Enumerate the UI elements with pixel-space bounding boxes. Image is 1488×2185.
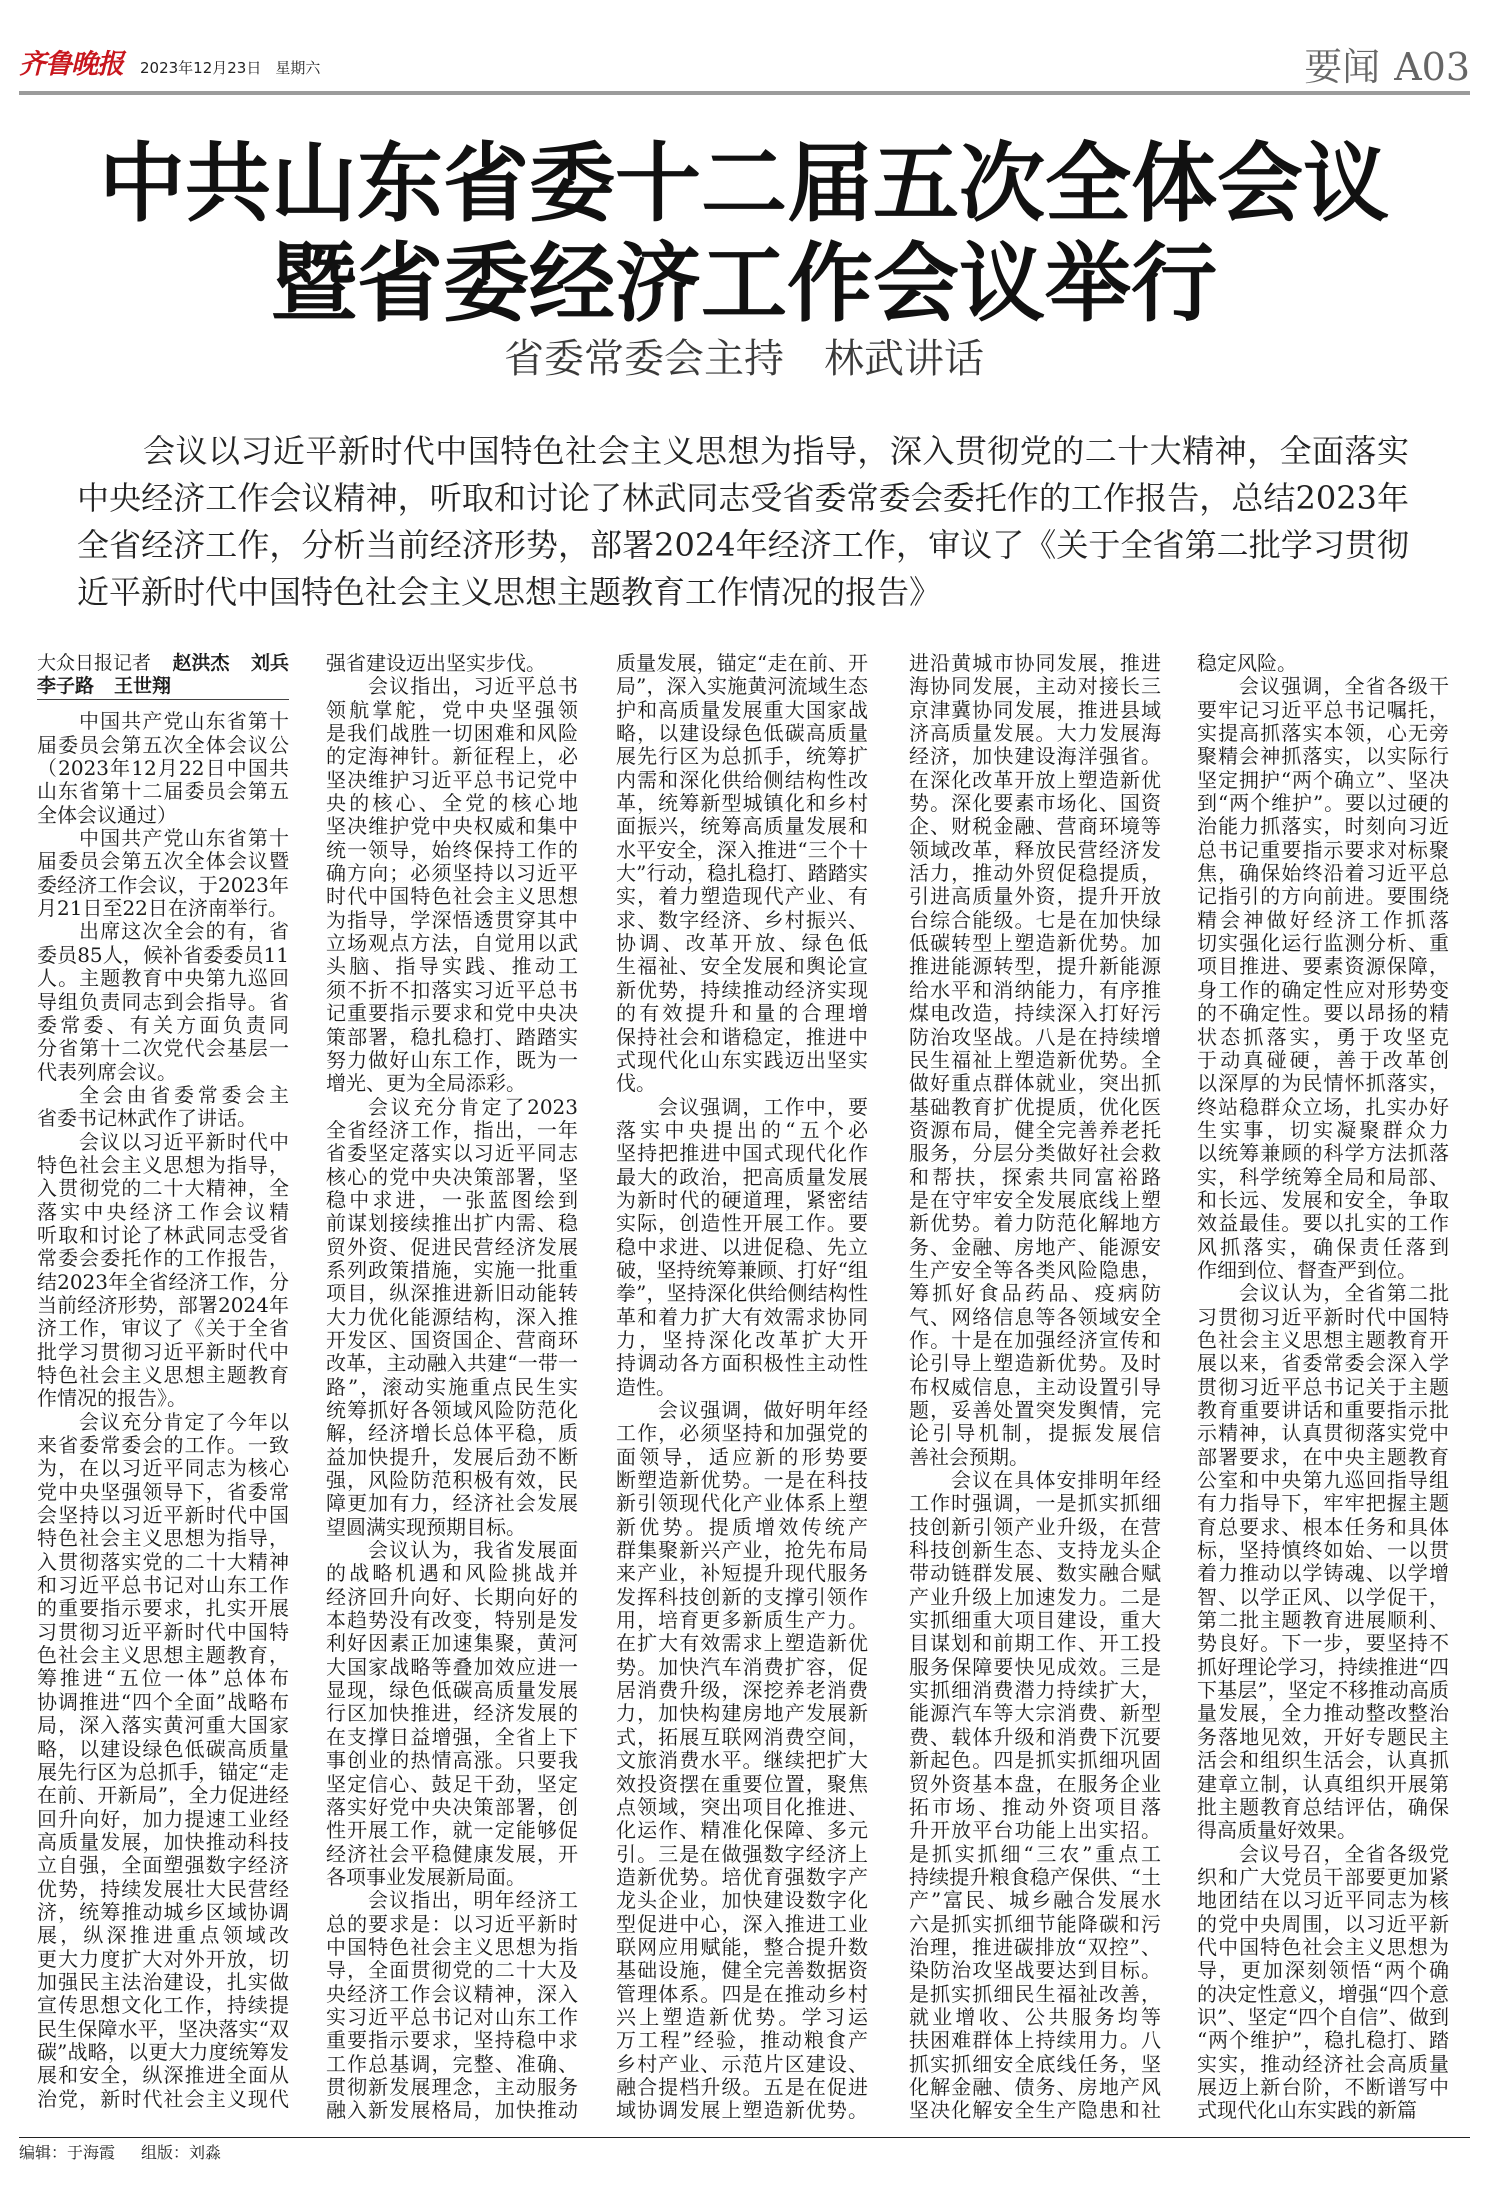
text-line: 筹抓好食品药品、疫病防控、燃 xyxy=(909,1282,1161,1305)
byline-rule xyxy=(37,699,289,700)
text-line: 特色社会主义思想为指导，深 xyxy=(37,1154,289,1177)
text-line: 强省建设迈出坚实步伐。 xyxy=(326,652,578,675)
text-line: 济高质量发展。大力发展海洋 xyxy=(909,722,1161,745)
text-line: 式现代化山东实践迈出坚实步 xyxy=(616,1049,868,1072)
text-line: 坚决维护党中央权威和集中 xyxy=(326,815,578,838)
text-line: 总书记重要指示要求对标聚 xyxy=(1197,839,1449,862)
text-line: 型促进中心，深入推进工业互 xyxy=(616,1913,868,1936)
text-line: 央的核心、全党的核心地位， xyxy=(326,792,578,815)
text-line: 央经济工作会议精神，深入落 xyxy=(326,1983,578,2006)
text-line: 求、数字经济、乡村振兴、区域 xyxy=(616,909,868,932)
subheadline: 省委常委会主持 林武讲话 xyxy=(0,335,1488,383)
text-line: 项目，纵深推进新旧动能转换， xyxy=(326,1282,578,1305)
masthead-rule xyxy=(19,91,1470,95)
text-line: 的重要指示要求，扎实开展学 xyxy=(37,1597,289,1620)
text-line: 经济社会平稳健康发展，开创 xyxy=(326,1843,578,1866)
layout-name: 刘淼 xyxy=(189,2143,221,2162)
text-line: 全省经济工作，分析当前经济形势，部署2024年经济工作，审议了《关于全省第二批学… xyxy=(77,522,1409,569)
text-line: 立自强，全面塑强数字经济新 xyxy=(37,1854,289,1877)
text-line: 局”，深入实施黄河流域生态保 xyxy=(616,675,868,698)
text-line: 色社会主义思想主题教育开 xyxy=(1197,1329,1449,1352)
text-line: 展和安全，纵深推进全面从严 xyxy=(37,2064,289,2087)
text-line: 在前、开新局”，全力促进经济 xyxy=(37,1784,289,1807)
text-line: 活力，推动外贸促稳提质，积极 xyxy=(909,862,1161,885)
text-line: 全省经济工作，指出，一年来， xyxy=(326,1119,578,1142)
text-line: 略，以建设绿色低碳高质量发 xyxy=(37,1738,289,1761)
text-line: 会议强调，全省各级干部 xyxy=(1197,675,1449,698)
text-line: 习贯彻习近平新时代中国特 xyxy=(1197,1306,1449,1329)
reporter-name: 李子路 xyxy=(37,675,94,697)
text-line: 织和广大党员干部要更加紧密 xyxy=(1197,1866,1449,1889)
text-line: 协调推进“四个全面”战略布 xyxy=(37,1691,289,1714)
text-line: 论引导上塑造新优势。及时发 xyxy=(909,1352,1161,1375)
text-line: 力，坚持深化改革扩大开放，坚 xyxy=(616,1329,868,1352)
text-line: 是在守牢安全发展底线上塑造 xyxy=(909,1189,1161,1212)
weekday-text: 星期六 xyxy=(275,59,320,77)
text-line: 费、载体升级和消费下沉要有 xyxy=(909,1726,1161,1749)
text-line: 坚决维护习近平总书记党中 xyxy=(326,769,578,792)
text-line: 路”，滚动实施重点民生实事， xyxy=(326,1376,578,1399)
text-line: 居消费升级，深挖养老消费潜 xyxy=(616,1679,868,1702)
text-line: 基础设施，健全完善数据资源 xyxy=(616,1959,868,1982)
text-line: 会议以习近平新时代中国特色社会主义思想为指导，深入贯彻党的二十大精神，全面落实 xyxy=(77,428,1409,475)
text-line: 障更加有力，经济社会发展有 xyxy=(326,1492,578,1515)
newspaper-page: 齐鲁晚报 2023年12月23日星期六 要闻A03 中共山东省委十二届五次全体会… xyxy=(0,0,1488,2185)
text-line: 推进能源转型，提升新能源供 xyxy=(909,955,1161,978)
text-line: 中国共产党山东省第十二 xyxy=(37,710,289,733)
text-line: 工作总基调，完整、准确、全面 xyxy=(326,2053,578,2076)
text-line: 式，拓展互联网消费空间，提升 xyxy=(616,1726,868,1749)
text-line: 革，统筹新型城镇化和乡村全 xyxy=(616,792,868,815)
lede-paragraph: 会议以习近平新时代中国特色社会主义思想为指导，深入贯彻党的二十大精神，全面落实中… xyxy=(77,428,1409,616)
text-line: 民生福祉上塑造新优势。全力 xyxy=(909,1049,1161,1072)
text-line: 开发区、国资国企、营商环境等 xyxy=(326,1329,578,1352)
column-text: 中国共产党山东省第十二届委员会第五次全体会议公报（2023年12月22日中国共产… xyxy=(37,710,289,2111)
text-line: 导，全面贯彻党的二十大及中 xyxy=(326,1959,578,1982)
text-line: 代表列席会议。 xyxy=(37,1061,289,1084)
text-line: 全体会议通过） xyxy=(37,804,289,827)
text-line: 的战略机遇和风险挑战并存， xyxy=(326,1562,578,1585)
text-line: 要牢记习近平总书记嘱托，切 xyxy=(1197,699,1449,722)
text-line: 的决定性意义，增强“四个意 xyxy=(1197,1983,1449,2006)
text-line: 乡村产业、示范片区建设、城乡 xyxy=(616,2053,868,2076)
text-line: 实实，推动经济社会高质量发 xyxy=(1197,2053,1449,2076)
text-line: 筹推进“五位一体”总体布局、 xyxy=(37,1667,289,1690)
text-line: 第二批主题教育进展顺利、态 xyxy=(1197,1609,1449,1632)
text-line: 文旅消费水平。继续把扩大有 xyxy=(616,1749,868,1772)
text-line: 来产业，补短提升现代服务业， xyxy=(616,1562,868,1585)
text-line: 生产安全等各类风险隐患，统 xyxy=(909,1259,1161,1282)
text-line: 为，在以习近平同志为核心的 xyxy=(37,1457,289,1480)
text-line: 台综合能级。七是在加快绿色 xyxy=(909,909,1161,932)
page-credits: 编辑：于海霞组版：刘淼 xyxy=(19,2143,221,2163)
column-text: 稳定风险。会议强调，全省各级干部要牢记习近平总书记嘱托，切实提高抓落实本领，心无… xyxy=(1197,652,1449,2123)
text-line: 届委员会第五次全体会议公报 xyxy=(37,734,289,757)
text-line: 育总要求、根本任务和具体目 xyxy=(1197,1516,1449,1539)
headline-line-2: 暨省委经济工作会议举行 xyxy=(0,234,1488,334)
text-line: 实，着力塑造现代产业、有效需 xyxy=(616,885,868,908)
text-line: 能源汽车等大宗消费、新型消 xyxy=(909,1702,1161,1725)
text-line: 万工程”经验，推动粮食产能、 xyxy=(616,2029,868,2052)
text-line: 分省第十二次党代会基层一线 xyxy=(37,1037,289,1060)
date-text: 2023年12月23日 xyxy=(140,59,261,77)
text-line: 特色社会主义思想为指导，深 xyxy=(37,1527,289,1550)
section-name: 要闻 xyxy=(1304,45,1380,89)
headline-line-1: 中共山东省委十二届五次全体会议 xyxy=(0,134,1488,234)
text-line: 善社会预期。 xyxy=(909,1446,1161,1469)
text-line: 统筹抓好各领域风险防范化 xyxy=(326,1399,578,1422)
text-line: 效投资摆在重要位置，聚焦重 xyxy=(616,1773,868,1796)
text-line: 切实强化运行监测分析、重大 xyxy=(1197,932,1449,955)
text-line: 中国特色社会主义思想为指 xyxy=(326,1936,578,1959)
text-line: 海协同发展，主动对接长三角、 xyxy=(909,675,1161,698)
text-line: 全会由省委常委会主持。 xyxy=(37,1084,289,1107)
text-line: 地团结在以习近平同志为核心 xyxy=(1197,1889,1449,1912)
text-line: 务、金融、房地产、能源安全、 xyxy=(909,1236,1161,1259)
text-line: 标，坚持慎终如始、一以贯之， xyxy=(1197,1539,1449,1562)
text-line: 实抓细重大项目建设，重大项 xyxy=(909,1609,1161,1632)
text-line: 护和高质量发展重大国家战 xyxy=(616,699,868,722)
section-label: 要闻A03 xyxy=(1304,44,1470,90)
text-line: 科技创新生态、支持龙头企业 xyxy=(909,1539,1161,1562)
text-line: 头脑、指导实践、推动工作；必 xyxy=(326,955,578,978)
text-line: 前谋划接续推出扩内需、稳外 xyxy=(326,1212,578,1235)
text-line: 贸外资基本盘，在服务企业开 xyxy=(909,1773,1161,1796)
text-line: 展，纵深推进重点领域改革， xyxy=(37,1924,289,1947)
text-line: 努力做好山东工作，既为一域 xyxy=(326,1049,578,1072)
text-line: 展先行区为总抓手，锚定“走 xyxy=(37,1761,289,1784)
text-line: 兴上塑造新优势。学习运用“千 xyxy=(616,2006,868,2029)
text-line: 事创业的热情高涨。只要我们 xyxy=(326,1749,578,1772)
column-text: 进沿黄城市协同发展，推进陆海协同发展，主动对接长三角、京津冀协同发展，推进县域经… xyxy=(909,652,1161,2123)
text-line: 民生保障水平，坚决落实“双 xyxy=(37,2018,289,2041)
text-line: 坚决化解安全生产隐患和社会 xyxy=(909,2099,1161,2122)
text-line: 新引领现代化产业体系上塑造 xyxy=(616,1492,868,1515)
text-line: 融入新发展格局，加快推动高 xyxy=(326,2099,578,2122)
text-line: 活会和组织生活会，认真抓好 xyxy=(1197,1749,1449,1772)
text-line: 实抓细消费潜力持续扩大，新 xyxy=(909,1679,1161,1702)
text-line: 高质量发展，加快推动科技自 xyxy=(37,1831,289,1854)
text-line: 带动链群发展、数实融合赋能 xyxy=(909,1562,1161,1585)
text-line: 水平安全，深入推进“三个十 xyxy=(616,839,868,862)
text-line: 识”、坚定“四个自信”、做到 xyxy=(1197,2006,1449,2029)
text-line: 届委员会第五次全体会议暨省 xyxy=(37,850,289,873)
text-line: 山东省第十二届委员会第五次 xyxy=(37,780,289,803)
text-line: 实际，创造性开展工作。要坚持 xyxy=(616,1212,868,1235)
text-line: 和习近平总书记对山东工作 xyxy=(37,1574,289,1597)
text-line: 作情况的报告》。 xyxy=(37,1387,289,1410)
text-line: 治党，新时代社会主义现代化 xyxy=(37,2088,289,2111)
byline-line-1: 大众日报记者 赵洪杰 刘兵 xyxy=(37,652,289,675)
text-line: 时代中国特色社会主义思想 xyxy=(326,885,578,908)
text-line: 面领导，适应新的形势要求，不 xyxy=(616,1446,868,1469)
text-line: 为指导，学深悟透贯穿其中的 xyxy=(326,909,578,932)
text-line: 力，加快构建房地产发展新模 xyxy=(616,1702,868,1725)
text-line: 保持社会和谐稳定，推进中国 xyxy=(616,1026,868,1049)
text-line: 省委书记林武作了讲话。 xyxy=(37,1107,289,1130)
text-line: 化运作、精准化保障、多元化招 xyxy=(616,1819,868,1842)
text-line: 落实中央提出的“五个必须”， xyxy=(616,1119,868,1142)
text-line: 展先行区为总抓手，统筹扩大 xyxy=(616,745,868,768)
reporter-name: 赵洪杰 xyxy=(172,652,229,675)
text-line: 题，妥善处置突发舆情，完善舆 xyxy=(909,1399,1161,1422)
text-line: 聚精会神抓落实，以实际行动 xyxy=(1197,745,1449,768)
text-line: 策部署，稳扎稳打、踏踏实实， xyxy=(326,1026,578,1049)
text-line: 统一领导，始终保持工作的正 xyxy=(326,839,578,862)
text-line: 工作，必须坚持和加强党的全 xyxy=(616,1422,868,1445)
text-line: 会议指出，习近平总书记 xyxy=(326,675,578,698)
text-line: 导组负责同志到会指导。省纪 xyxy=(37,991,289,1014)
text-line: 委经济工作会议，于2023年12 xyxy=(37,874,289,897)
text-line: 性开展工作，就一定能够促进 xyxy=(326,1819,578,1842)
text-line: 低碳转型上塑造新优势。加快 xyxy=(909,932,1161,955)
text-line: 六是抓实抓细节能降碳和污染 xyxy=(909,1913,1161,1936)
text-line: 域协调发展上塑造新优势。推 xyxy=(616,2099,868,2122)
text-line: 结2023年全省经济工作，分析 xyxy=(37,1271,289,1294)
text-line: 发挥科技创新的支撑引领作 xyxy=(616,1586,868,1609)
text-line: 持调动各方面积极性主动性创 xyxy=(616,1352,868,1375)
text-line: 生实事，切实凝聚群众力量。要 xyxy=(1197,1119,1449,1142)
text-line: 治能力抓落实，时刻向习近平 xyxy=(1197,815,1449,838)
text-line: 大国家战略等叠加效应进一步 xyxy=(326,1656,578,1679)
text-line: 断塑造新优势。一是在科技创 xyxy=(616,1469,868,1492)
text-line: 拳”，坚持深化供给侧结构性改 xyxy=(616,1282,868,1305)
text-line: 各项事业发展新局面。 xyxy=(326,1866,578,1889)
text-line: 代中国特色社会主义思想为指 xyxy=(1197,1936,1449,1959)
text-line: 面振兴，统筹高质量发展和高 xyxy=(616,815,868,838)
text-line: 于动真碰硬，善于改革创新。要 xyxy=(1197,1049,1449,1072)
text-line: 更大力度扩大对外开放，切实 xyxy=(37,1948,289,1971)
text-line: 有力指导下，牢牢把握主题教 xyxy=(1197,1492,1449,1515)
text-line: 抓好理论学习，持续推进“四 xyxy=(1197,1656,1449,1679)
text-line: 伐。 xyxy=(616,1072,868,1095)
text-line: 色社会主义思想主题教育，统 xyxy=(37,1644,289,1667)
text-line: 势。深化要素市场化、国资国 xyxy=(909,792,1161,815)
text-line: 建章立制，认真组织开展第二 xyxy=(1197,1773,1449,1796)
text-line: 融合提档升级。五是在促进区 xyxy=(616,2076,868,2099)
headline: 中共山东省委十二届五次全体会议 暨省委经济工作会议举行 xyxy=(0,134,1488,334)
text-line: 质量发展，锚定“走在前、开新 xyxy=(616,652,868,675)
text-line: 会坚持以习近平新时代中国 xyxy=(37,1504,289,1527)
text-line: 的有效提升和量的合理增长， xyxy=(616,1002,868,1025)
text-line: 新优势，持续推动经济实现质 xyxy=(616,979,868,1002)
text-line: 宣传思想文化工作，持续提升 xyxy=(37,1994,289,2017)
text-line: 持续提升粮食稳产保供、“土特 xyxy=(909,1866,1161,1889)
text-line: 望圆满实现预期目标。 xyxy=(326,1516,578,1539)
text-line: 实提高抓落实本领，心无旁骛、 xyxy=(1197,722,1449,745)
byline-outlet: 大众日报记者 xyxy=(37,652,151,675)
text-line: 下基层”，坚定不移推动高质 xyxy=(1197,1679,1449,1702)
text-line: 就业增收、公共服务均等化、帮 xyxy=(909,2006,1161,2029)
text-line: 本趋势没有改变，特别是发展 xyxy=(326,1609,578,1632)
text-line: 贯彻新发展理念，主动服务和 xyxy=(326,2076,578,2099)
text-line: 的定海神针。新征程上，必须 xyxy=(326,745,578,768)
text-line: 教育重要讲话和重要指示批 xyxy=(1197,1399,1449,1422)
issue-date: 2023年12月23日星期六 xyxy=(140,57,320,79)
byline: 大众日报记者 赵洪杰 刘兵 李子路王世翔 xyxy=(37,652,289,710)
text-line: 回升向好，加力提速工业经济 xyxy=(37,1808,289,1831)
text-line: 会议充分肯定了2023年 xyxy=(326,1096,578,1119)
text-line: 量发展，全力推动整改整治任 xyxy=(1197,1702,1449,1725)
text-line: 记重要指示要求和党中央决 xyxy=(326,1002,578,1025)
text-line: 中国共产党山东省第十二 xyxy=(37,827,289,850)
text-line: 是抓实抓细民生福祉改善，在 xyxy=(909,1983,1161,2006)
text-line: 用，培育更多新质生产力。二是 xyxy=(616,1609,868,1632)
text-line: 批主题教育总结评估，确保取 xyxy=(1197,1796,1449,1819)
text-line: 出席这次全会的有，省委 xyxy=(37,920,289,943)
text-line: 效益最佳。要以扎实的工作作 xyxy=(1197,1212,1449,1235)
text-line: 强，风险防范积极有效，民生保 xyxy=(326,1469,578,1492)
text-line: 协调、改革开放、绿色低碳、民 xyxy=(616,932,868,955)
text-line: 行区加快推进，经济发展的内 xyxy=(326,1702,578,1725)
text-line: 中央经济工作会议精神，听取和讨论了林武同志受省委常委会委托作的工作报告，总结20… xyxy=(77,475,1409,522)
text-line: 服务保障要快见成效。三是抓 xyxy=(909,1656,1161,1679)
text-line: 最大的政治，把高质量发展作 xyxy=(616,1166,868,1189)
text-line: 坚持把推进中国式现代化作为 xyxy=(616,1142,868,1165)
text-line: 新优势。着力防范化解地方债 xyxy=(909,1212,1161,1235)
text-line: 项目推进、要素资源保障，以自 xyxy=(1197,955,1449,978)
text-line: 拓市场、推动外资项目落地、提 xyxy=(909,1796,1161,1819)
text-line: 目谋划和前期工作、开工投产、 xyxy=(909,1632,1161,1655)
text-line: 显现，绿色低碳高质量发展先 xyxy=(326,1679,578,1702)
text-line: 和帮扶，探索共同富裕路径。九 xyxy=(909,1166,1161,1189)
text-line: 联网应用赋能，整合提升数字 xyxy=(616,1936,868,1959)
text-line: 管理体系。四是在推动乡村振 xyxy=(616,1983,868,2006)
text-line: 企、财税金融、营商环境等重点 xyxy=(909,815,1161,838)
text-line: 会议指出，明年经济工作 xyxy=(326,1889,578,1912)
text-line: 工作时强调，一是抓实抓细科 xyxy=(909,1492,1161,1515)
text-line: 为新时代的硬道理，紧密结合 xyxy=(616,1189,868,1212)
text-line: 委常委、有关方面负责同志、部 xyxy=(37,1014,289,1037)
text-line: 大”行动，稳扎稳打、踏踏实 xyxy=(616,862,868,885)
text-line: 染防治攻坚战要达到目标。七 xyxy=(909,1959,1161,1982)
text-line: 局，深入落实黄河重大国家战 xyxy=(37,1714,289,1737)
editor-label: 编辑： xyxy=(19,2143,67,2162)
text-line: 落实中央经济工作会议精神， xyxy=(37,1201,289,1224)
text-line: 化解金融、债务、房地产风险， xyxy=(909,2076,1161,2099)
text-line: 落实好党中央决策部署，创造 xyxy=(326,1796,578,1819)
text-line: 确方向；必须坚持以习近平新 xyxy=(326,862,578,885)
text-line: 会议号召，全省各级党组 xyxy=(1197,1843,1449,1866)
text-line: 领航掌舵，党中央坚强领导， xyxy=(326,699,578,722)
text-line: 抓实抓细安全底线任务，坚决 xyxy=(909,2053,1161,2076)
text-line: 导，更加深刻领悟“两个确立” xyxy=(1197,1959,1449,1982)
column-text: 强省建设迈出坚实步伐。会议指出，习近平总书记领航掌舵，党中央坚强领导，是我们战胜… xyxy=(326,652,578,2123)
text-line: 着力推动以学铸魂、以学增 xyxy=(1197,1562,1449,1585)
byline-line-2: 李子路王世翔 xyxy=(37,675,289,698)
text-line: 人。主题教育中央第九巡回指 xyxy=(37,967,289,990)
text-line: 引进高质量外资，提升开放平 xyxy=(909,885,1161,908)
text-line: 稳中求进，一张蓝图绘到底，超 xyxy=(326,1189,578,1212)
text-line: 龙头企业，加快建设数字化转 xyxy=(616,1889,868,1912)
text-line: 贸外资、促进民营经济发展等 xyxy=(326,1236,578,1259)
reporter-name: 刘兵 xyxy=(251,652,289,675)
text-line: 济工作，审议了《关于全省第二 xyxy=(37,1317,289,1340)
text-line: 在支撑日益增强，全省上下干 xyxy=(326,1726,578,1749)
text-line: 势。加快汽车消费扩容，促进家 xyxy=(616,1656,868,1679)
text-line: 得高质量好效果。 xyxy=(1197,1819,1449,1842)
text-line: 资源布局，健全完善养老托育 xyxy=(909,1119,1161,1142)
text-line: 实习近平总书记对山东工作的 xyxy=(326,2006,578,2029)
text-line: “两个维护”，稳扎稳打、踏踏 xyxy=(1197,2029,1449,2052)
text-line: 智、以学正风、以学促干，全省 xyxy=(1197,1586,1449,1609)
text-line: 总的要求是：以习近平新时代 xyxy=(326,1913,578,1936)
text-line: 展以来，省委常委会深入学习 xyxy=(1197,1352,1449,1375)
text-line: 习贯彻习近平新时代中国特 xyxy=(37,1621,289,1644)
text-line: （2023年12月22日中国共产党 xyxy=(37,757,289,780)
text-line: 特色社会主义思想主题教育工 xyxy=(37,1364,289,1387)
reporter-name: 王世翔 xyxy=(114,675,171,697)
text-line: 作。十是在加强经济宣传和舆 xyxy=(909,1329,1161,1352)
text-line: 益加快提升，发展后劲不断增 xyxy=(326,1446,578,1469)
text-line: 的不确定性。要以昂扬的精神 xyxy=(1197,1002,1449,1025)
text-line: 核心的党中央决策部署，坚持 xyxy=(326,1166,578,1189)
text-line: 略，以建设绿色低碳高质量发 xyxy=(616,722,868,745)
column-text: 质量发展，锚定“走在前、开新局”，深入实施黄河流域生态保护和高质量发展重大国家战… xyxy=(616,652,868,2123)
article-column-1: 大众日报记者 赵洪杰 刘兵 李子路王世翔 中国共产党山东省第十二届委员会第五次全… xyxy=(37,652,289,2111)
text-line: 在深化改革开放上塑造新优 xyxy=(909,769,1161,792)
text-line: 来省委常委会的工作。一致认 xyxy=(37,1434,289,1457)
text-line: 群集聚新兴产业，抢先布局未 xyxy=(616,1539,868,1562)
text-line: 会议强调，工作中，要全面 xyxy=(616,1096,868,1119)
text-line: 以深厚的为民情怀抓落实，始 xyxy=(1197,1072,1449,1095)
text-line: 公室和中央第九巡回指导组 xyxy=(1197,1469,1449,1492)
text-line: 优势，持续发展壮大民营经 xyxy=(37,1878,289,1901)
text-line: 身工作的确定性应对形势变化 xyxy=(1197,979,1449,1002)
text-line: 听取和讨论了林武同志受省委 xyxy=(37,1224,289,1247)
text-line: 在扩大有效需求上塑造新优 xyxy=(616,1632,868,1655)
text-line: 示精神，认真贯彻落实党中央 xyxy=(1197,1422,1449,1445)
text-line: 省委坚定落实以习近平同志为 xyxy=(326,1142,578,1165)
text-line: 部署要求，在中央主题教育办 xyxy=(1197,1446,1449,1469)
text-line: 大力优化能源结构，深入推进 xyxy=(326,1306,578,1329)
text-line: 月21日至22日在济南举行。 xyxy=(37,897,289,920)
text-line: 造新优势。培优育强数字产业 xyxy=(616,1866,868,1889)
text-line: 稳定风险。 xyxy=(1197,652,1449,675)
text-line: 会议认为，我省发展面临 xyxy=(326,1539,578,1562)
text-line: 京津冀协同发展，推进县域经 xyxy=(909,699,1161,722)
text-line: 领域改革，释放民营经济发展 xyxy=(909,839,1161,862)
text-line: 入贯彻落实党的二十大精神 xyxy=(37,1551,289,1574)
text-line: 技创新引领产业升级，在营造 xyxy=(909,1516,1161,1539)
text-line: 生福祉、安全发展和舆论宣传 xyxy=(616,955,868,978)
text-line: 是我们战胜一切困难和风险 xyxy=(326,722,578,745)
text-line: 展迈上新台阶，不断谱写中国 xyxy=(1197,2076,1449,2099)
footer-rule xyxy=(19,2137,1470,2138)
text-line: 以统筹兼顾的科学方法抓落 xyxy=(1197,1142,1449,1165)
text-line: 终站稳群众立场，扎实办好民 xyxy=(1197,1096,1449,1119)
text-line: 增光、更为全局添彩。 xyxy=(326,1072,578,1095)
text-line: 论引导机制，提振发展信心、改 xyxy=(909,1422,1161,1445)
text-line: 煤电改造，持续深入打好污染 xyxy=(909,1002,1161,1025)
text-line: 新起色。四是抓实抓细巩固外 xyxy=(909,1749,1161,1772)
editor-name: 于海霞 xyxy=(67,2143,115,2162)
text-line: 须不折不扣落实习近平总书 xyxy=(326,979,578,1002)
text-line: 稳中求进、以进促稳、先立后 xyxy=(616,1236,868,1259)
text-line: 造性。 xyxy=(616,1376,868,1399)
text-line: 革和着力扩大有效需求协同发 xyxy=(616,1306,868,1329)
text-line: 会议在具体安排明年经济 xyxy=(909,1469,1161,1492)
text-line: 新优势。提质增效传统产业，集 xyxy=(616,1516,868,1539)
text-line: 党中央坚强领导下，省委常委 xyxy=(37,1481,289,1504)
text-line: 的党中央周围，以习近平新时 xyxy=(1197,1913,1449,1936)
text-line: 势良好。下一步，要坚持不懈 xyxy=(1197,1632,1449,1655)
article-column-3: 质量发展，锚定“走在前、开新局”，深入实施黄河流域生态保护和高质量发展重大国家战… xyxy=(616,652,868,2123)
article-column-2: 强省建设迈出坚实步伐。会议指出，习近平总书记领航掌舵，党中央坚强领导，是我们战胜… xyxy=(326,652,578,2123)
text-line: 坚定信心、鼓足干劲，坚定不移 xyxy=(326,1773,578,1796)
text-line: 布权威信息，主动设置引导议 xyxy=(909,1376,1161,1399)
layout-label: 组版： xyxy=(141,2143,189,2162)
